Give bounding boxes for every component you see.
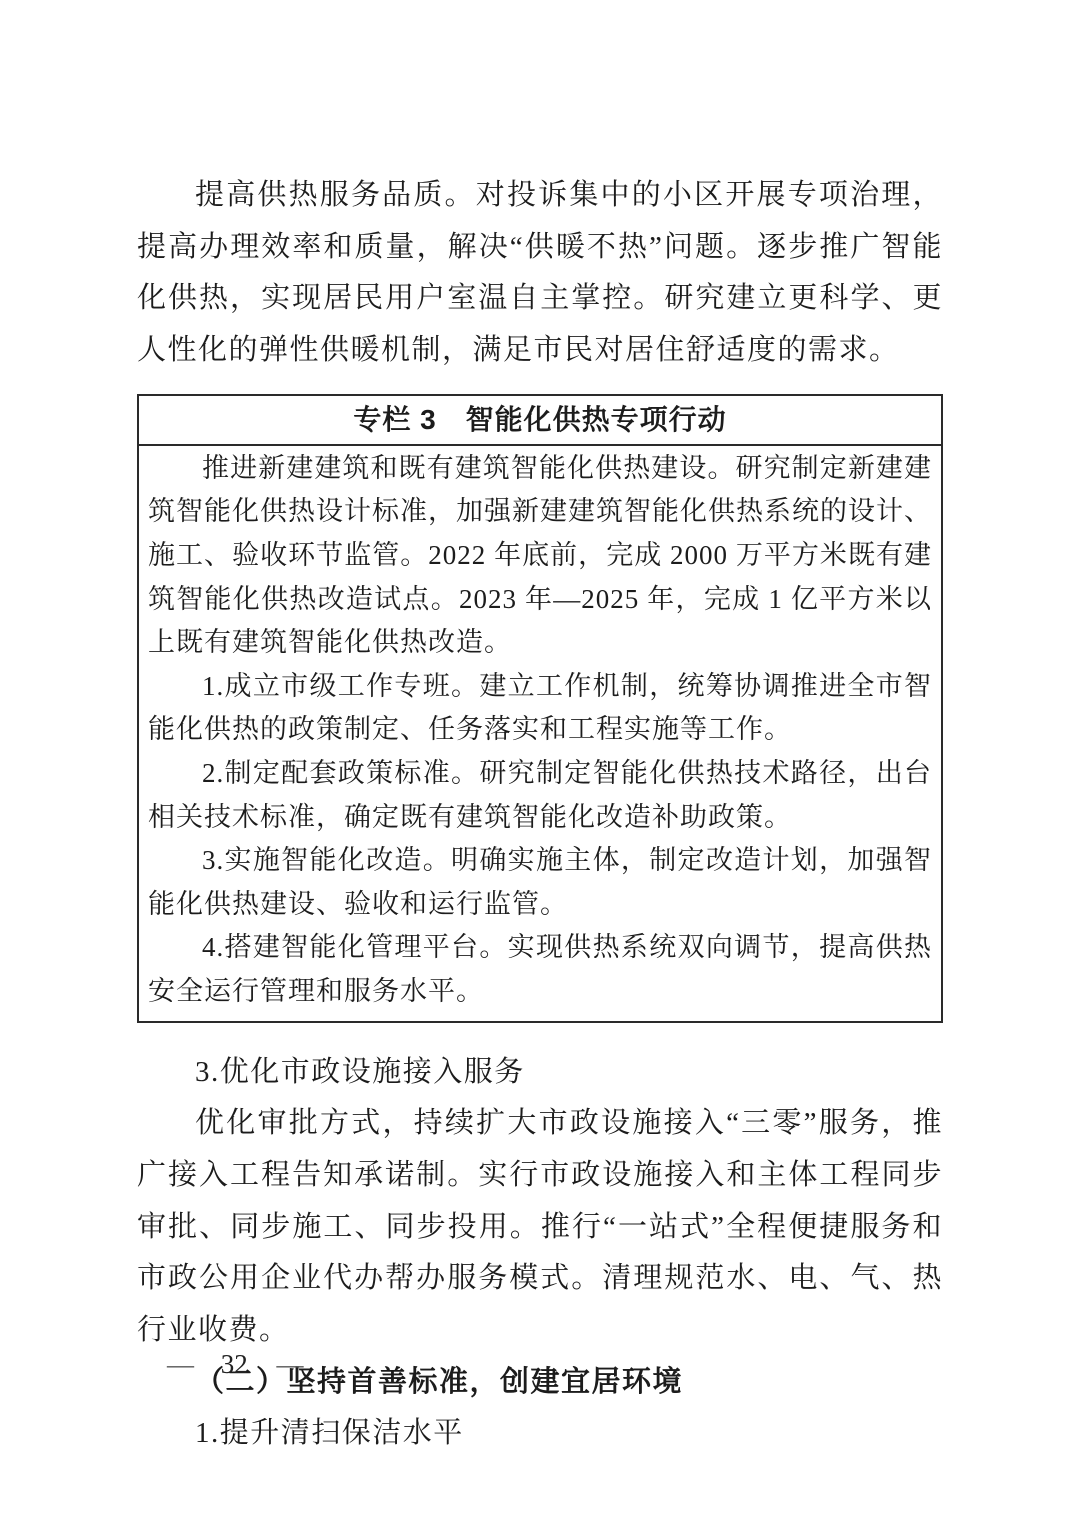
document-page: 提高供热服务品质。对投诉集中的小区开展专项治理，提高办理效率和质量，解决“供暖不… — [0, 0, 1080, 1527]
footer-left-dash: — — [167, 1349, 192, 1379]
box-paragraph: 1.成立市级工作专班。建立工作机制，统筹协调推进全市智能化供热的政策制定、任务落… — [148, 665, 932, 752]
box-paragraph: 4.搭建智能化管理平台。实现供热系统双向调节，提高供热安全运行管理和服务水平。 — [148, 926, 932, 1013]
box-paragraph: 推进新建建筑和既有建筑智能化供热建设。研究制定新建建筑智能化供热设计标准，加强新… — [148, 447, 932, 665]
box-paragraph: 2.制定配套政策标准。研究制定智能化供热技术路径，出台相关技术标准，确定既有建筑… — [148, 752, 932, 839]
intro-paragraph: 提高供热服务品质。对投诉集中的小区开展专项治理，提高办理效率和质量，解决“供暖不… — [137, 170, 943, 377]
section-3-paragraph: 优化审批方式，持续扩大市政设施接入“三零”服务，推广接入工程告知承诺制。实行市政… — [137, 1098, 943, 1357]
page-number: 32 — [221, 1349, 248, 1380]
special-column-box: 专栏 3 智能化供热专项行动 推进新建建筑和既有建筑智能化供热建设。研究制定新建… — [137, 394, 943, 1023]
box-paragraph: 3.实施智能化改造。明确实施主体，制定改造计划，加强智能化供热建设、验收和运行监… — [148, 839, 932, 926]
page-number-footer: — 32 — — [167, 1349, 302, 1380]
special-column-title: 专栏 3 智能化供热专项行动 — [139, 396, 941, 446]
sub-heading-1: 1.提升清扫保洁水平 — [137, 1408, 943, 1460]
section-3-heading: 3.优化市政设施接入服务 — [137, 1047, 943, 1099]
page-content: 提高供热服务品质。对投诉集中的小区开展专项治理，提高办理效率和质量，解决“供暖不… — [137, 170, 943, 1460]
special-column-body: 推进新建建筑和既有建筑智能化供热建设。研究制定新建建筑智能化供热设计标准，加强新… — [139, 446, 941, 1021]
footer-right-dash: — — [277, 1349, 302, 1379]
